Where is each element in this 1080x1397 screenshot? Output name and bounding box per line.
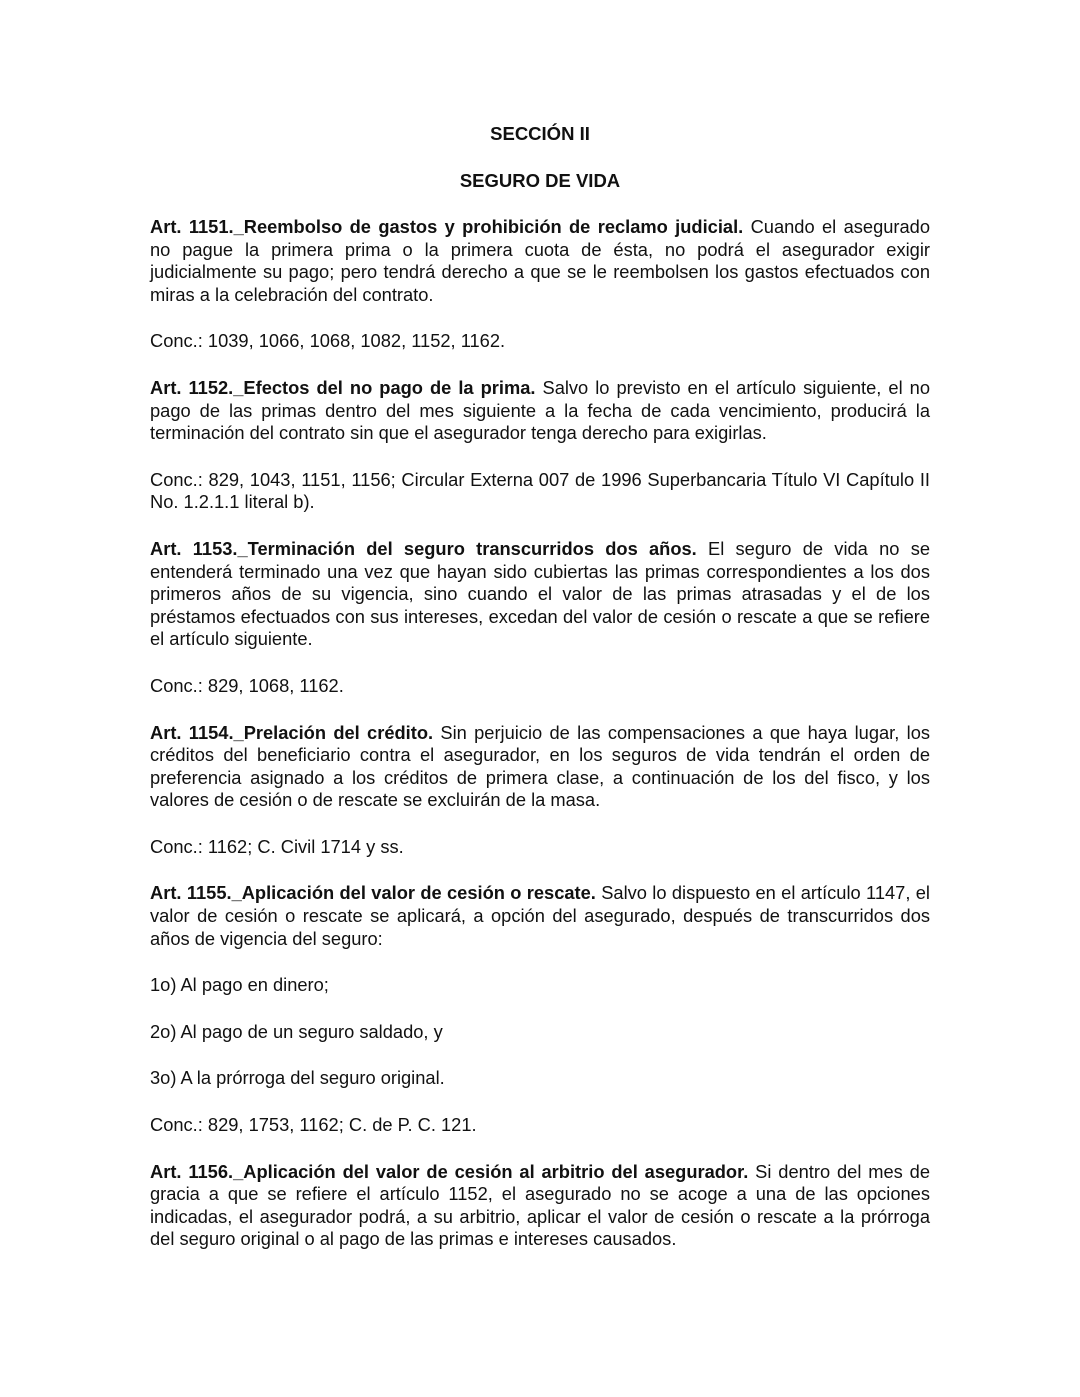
- article-title: Art. 1155._Aplicación del valor de cesió…: [150, 882, 596, 903]
- article-title: Art. 1152._Efectos del no pago de la pri…: [150, 377, 535, 398]
- section-heading: SECCIÓN II: [150, 122, 930, 146]
- concordances: Conc.: 829, 1043, 1151, 1156; Circular E…: [150, 469, 930, 514]
- article-title: Art. 1151._Reembolso de gastos y prohibi…: [150, 216, 743, 237]
- section-subtitle: SEGURO DE VIDA: [150, 169, 930, 193]
- article-title: Art. 1153._Terminación del seguro transc…: [150, 538, 697, 559]
- document-page: SECCIÓN II SEGURO DE VIDA Art. 1151._Ree…: [150, 122, 930, 1275]
- list-item: 3o) A la prórroga del seguro original.: [150, 1067, 930, 1090]
- article-1153: Art. 1153._Terminación del seguro transc…: [150, 538, 930, 651]
- list-item: 2o) Al pago de un seguro saldado, y: [150, 1021, 930, 1044]
- article-1154: Art. 1154._Prelación del crédito. Sin pe…: [150, 722, 930, 812]
- concordances: Conc.: 1162; C. Civil 1714 y ss.: [150, 836, 930, 859]
- article-title: Art. 1154._Prelación del crédito.: [150, 722, 433, 743]
- concordances: Conc.: 1039, 1066, 1068, 1082, 1152, 116…: [150, 330, 930, 353]
- concordances: Conc.: 829, 1068, 1162.: [150, 675, 930, 698]
- list-item: 1o) Al pago en dinero;: [150, 974, 930, 997]
- article-1156: Art. 1156._Aplicación del valor de cesió…: [150, 1161, 930, 1251]
- article-1155: Art. 1155._Aplicación del valor de cesió…: [150, 882, 930, 950]
- article-1151: Art. 1151._Reembolso de gastos y prohibi…: [150, 216, 930, 306]
- article-1152: Art. 1152._Efectos del no pago de la pri…: [150, 377, 930, 445]
- concordances: Conc.: 829, 1753, 1162; C. de P. C. 121.: [150, 1114, 930, 1137]
- article-title: Art. 1156._Aplicación del valor de cesió…: [150, 1161, 748, 1182]
